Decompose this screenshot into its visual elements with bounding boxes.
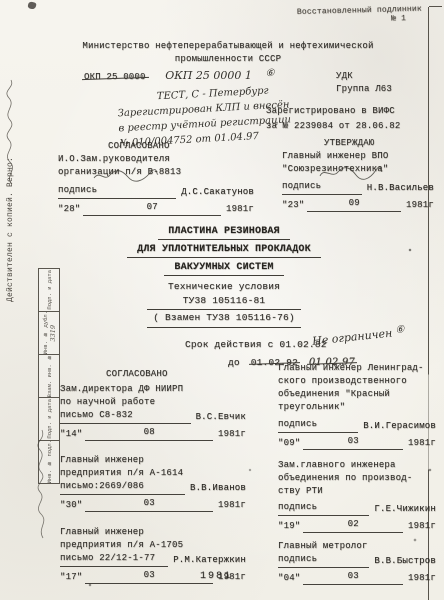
title-line3: ВАКУУМНЫХ СИСТЕМ <box>164 262 283 276</box>
signature-row: подпись В.В.Быстров <box>278 553 436 568</box>
position-line1: Главный метролог <box>278 540 436 553</box>
position-line1: Главный инженер <box>60 526 246 539</box>
udk-label: УДК <box>336 70 416 83</box>
signature-label: подпись <box>278 501 317 514</box>
date-year: 1981г <box>213 428 246 441</box>
note-revision-mark: ⑥ <box>395 324 405 336</box>
date-day: "19" <box>278 520 303 533</box>
date-month: 03 <box>85 569 213 584</box>
date-row: "04" 03 1981г <box>278 570 436 585</box>
date-day: "23" <box>282 199 307 212</box>
stamp-cell-label: Инв. № дубл. <box>42 312 49 355</box>
signature-row: подпись В.И.Герасимов <box>278 418 436 433</box>
date-year: 1981г <box>213 499 246 512</box>
agreement-block: Главный инженер Ленинград- ского произво… <box>278 362 436 450</box>
position-line2: ского производственного <box>278 375 436 388</box>
date-row: "19" 02 1981г <box>278 518 436 533</box>
position-line1: Зам.главного инженера <box>278 459 436 472</box>
signatory-name: В.В.Быстров <box>374 555 436 568</box>
margin-handwriting-squiggle <box>2 78 22 186</box>
date-row: "30" 03 1981г <box>60 497 246 512</box>
stamp-cell: Взам. инв. № <box>39 355 59 398</box>
agreement-block: Главный метролог подпись В.В.Быстров "04… <box>278 540 436 585</box>
product-group: Группа Л63 <box>336 83 416 96</box>
okp-code-handwritten: ОКП 25 0000 1 <box>165 69 252 82</box>
udk-group: УДК Группа Л63 <box>336 70 416 96</box>
corner-tick <box>429 6 442 7</box>
signature-label: подпись <box>278 418 317 431</box>
validity-handwritten-note: Не ограничен ⑥ <box>312 324 406 348</box>
ink-smudge <box>27 1 36 10</box>
agreed-heading: СОГЛАСОВАНО <box>108 140 254 153</box>
title-subtitle: Технические условия <box>102 280 346 294</box>
ministry-line2: промышленности СССР <box>76 53 380 66</box>
agreed-signature-row: подпись Д.С.Сакатунов <box>58 184 254 199</box>
stamp-cell: Подп. и дата <box>39 269 59 312</box>
reference-label: письмо С8-832 <box>60 409 133 422</box>
position-line3: ству РТИ <box>278 485 436 498</box>
signatory-name: В.В.Иванов <box>190 482 246 495</box>
document-title: ПЛАСТИНА РЕЗИНОВАЯ ДЛЯ УПЛОТНИТЕЛЬНЫХ ПР… <box>102 226 346 328</box>
okp-revision-mark: ⑥ <box>265 68 274 79</box>
signature-squiggle <box>92 168 160 184</box>
date-month: 02 <box>303 518 403 533</box>
publication-year: 1981 <box>200 571 232 582</box>
signatory-name: Р.М.Катержкин <box>173 554 246 567</box>
date-year: 1981г <box>401 199 434 212</box>
date-month: 03 <box>303 435 403 450</box>
approved-date-row: "23" 09 1981г <box>282 197 434 212</box>
date-year: 1981г <box>403 437 436 450</box>
date-month: 03 <box>85 497 213 512</box>
tu-number: ТУ38 105116-81 <box>102 294 346 308</box>
signatory-name: Н.В.Васильев <box>367 182 434 195</box>
date-month: 03 <box>303 570 403 585</box>
signatory-name: Г.Е.Чижикин <box>374 503 436 516</box>
signature-squiggle <box>318 164 384 182</box>
signature-row: подпись Г.Е.Чижикин <box>278 501 436 516</box>
date-month: 09 <box>307 197 401 212</box>
document-page: Восстановленный подлинник № 1 Министерст… <box>0 0 444 600</box>
until-label: до <box>228 357 240 368</box>
agreements-left-column: СОГЛАСОВАНО Зам.директора ДФ НИИРП по на… <box>60 368 246 584</box>
title-line2: ДЛЯ УПЛОТНИТЕЛЬНЫХ ПРОКЛАДОК <box>127 244 321 258</box>
ministry-line1: Министерство нефтеперерабатывающей и неф… <box>76 40 380 53</box>
date-year: 1981г <box>403 520 436 533</box>
okp-code-struck: ОКП 25 0000 <box>84 71 146 84</box>
signature-label: подпись <box>278 553 317 566</box>
agreement-block: Зам.директора ДФ НИИРП по научной работе… <box>60 383 246 441</box>
date-day: "30" <box>60 499 85 512</box>
agreements-left-heading: СОГЛАСОВАНО <box>106 368 246 381</box>
signature-label: подпись <box>282 180 321 193</box>
position-line1: Главный инженер <box>60 454 246 467</box>
reference-row: письмо С8-832 В.С.Евчик <box>60 409 246 424</box>
stamp-cell: Инв. № дубл.3319 <box>39 312 59 355</box>
vifs-line1: Зарегистрировано в ВИФС <box>266 104 424 119</box>
date-day: "14" <box>60 428 85 441</box>
okp-code-row: ОКП 25 0000 ОКП 25 0000 1 ⑥ <box>84 66 274 84</box>
date-month: 07 <box>83 201 221 216</box>
position-line1: Главный инженер Ленинград- <box>278 362 436 375</box>
approved-heading: УТВЕРЖДАЮ <box>324 137 434 150</box>
tu-replaces: ( Взамен ТУ38 105116-76) <box>147 309 301 328</box>
agreement-block: Главный инженер предприятия п/я А-1614 п… <box>60 454 246 512</box>
vifs-line2: за № 2239084 от 28.06.82 <box>266 119 424 134</box>
agreed-date-row: "28" 07 1981г <box>58 201 254 216</box>
margin-handwriting-squiggle <box>34 428 52 540</box>
approved-signature-row: подпись Н.В.Васильев <box>282 180 434 195</box>
date-day: "04" <box>278 572 303 585</box>
date-year: 1981г <box>221 203 254 216</box>
signatory-name: В.С.Евчик <box>196 411 246 424</box>
agreed-line1: И.О.Зам.руководителя <box>58 153 254 166</box>
title-line1: ПЛАСТИНА РЕЗИНОВАЯ <box>158 226 290 240</box>
date-day: "09" <box>278 437 303 450</box>
date-month: 08 <box>85 426 213 441</box>
date-day: "28" <box>58 203 83 216</box>
validity-effective: Срок действия с 01.02.82 <box>185 338 327 352</box>
position-line4: треугольник" <box>278 401 436 414</box>
signatory-name: В.И.Герасимов <box>363 420 436 433</box>
agreements-right-column: Главный инженер Ленинград- ского произво… <box>278 362 436 585</box>
ministry-header: Министерство нефтеперерабатывающей и неф… <box>76 40 380 66</box>
approved-line1: Главный инженер ВПО <box>282 150 434 163</box>
note-text: Не ограничен <box>312 326 393 347</box>
date-year: 1981г <box>403 572 436 585</box>
stamp-inventory-number: 3319 <box>49 325 57 342</box>
position-line3: объединения "Красный <box>278 388 436 401</box>
position-line2: предприятия п/я А-1705 <box>60 539 246 552</box>
vifs-registration: Зарегистрировано в ВИФС за № 2239084 от … <box>266 104 424 134</box>
reference-row: письмо:2669/086 В.В.Иванов <box>60 480 246 495</box>
reference-label: письмо 22/12-1-77 <box>60 552 155 565</box>
position-line2: объединения по производ- <box>278 472 436 485</box>
date-row: "09" 03 1981г <box>278 435 436 450</box>
signature-label: подпись <box>58 184 97 197</box>
signatory-name: Д.С.Сакатунов <box>181 186 254 199</box>
position-line1: Зам.директора ДФ НИИРП <box>60 383 246 396</box>
date-day: "17" <box>60 571 85 584</box>
restored-original-note: Восстановленный подлинник № 1 <box>242 5 422 28</box>
reference-row: письмо 22/12-1-77 Р.М.Катержкин <box>60 552 246 567</box>
position-line2: по научной работе <box>60 396 246 409</box>
date-row: "14" 08 1981г <box>60 426 246 441</box>
stamp-cell-label: Взам. инв. № <box>46 355 53 398</box>
position-line2: предприятия п/я А-1614 <box>60 467 246 480</box>
reference-label: письмо:2669/086 <box>60 480 144 493</box>
stamp-cell-label: Подп. и дата <box>46 270 53 310</box>
agreement-block: Зам.главного инженера объединения по про… <box>278 459 436 533</box>
